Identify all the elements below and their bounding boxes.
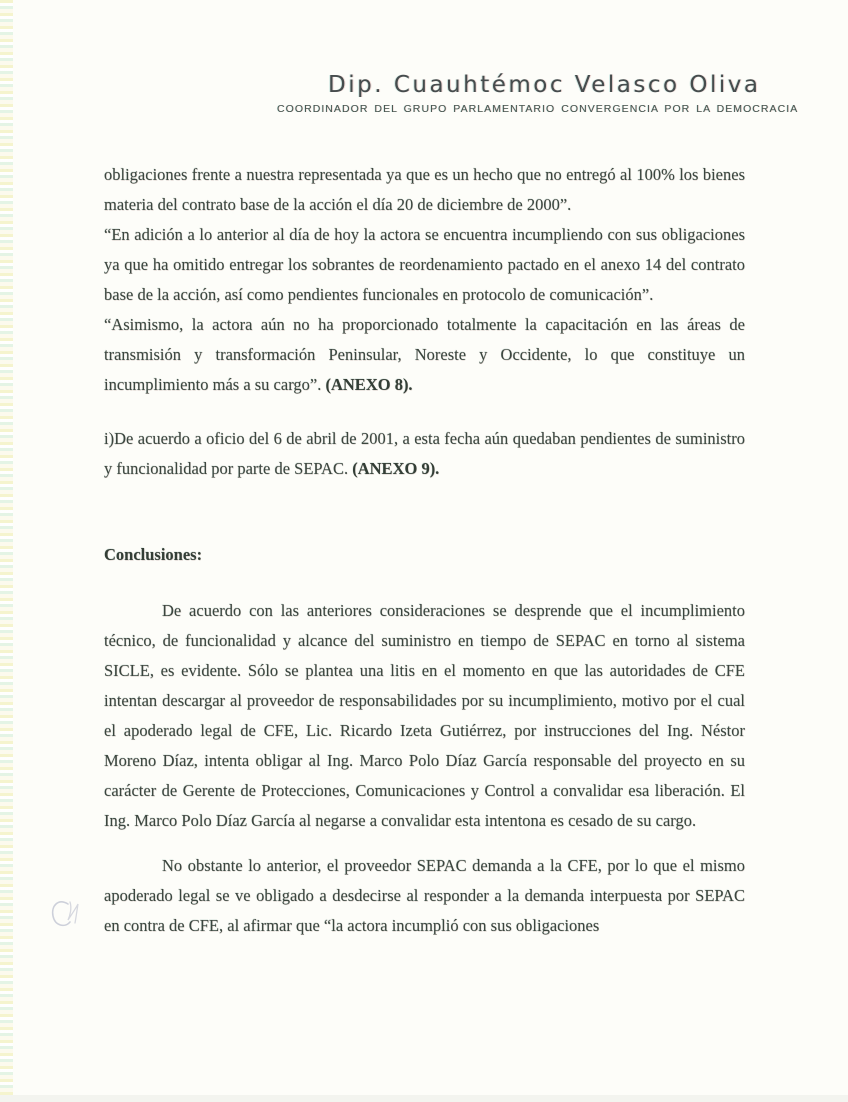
conclusions-heading: Conclusiones: — [104, 540, 745, 570]
document-body: obligaciones frente a nuestra representa… — [104, 160, 745, 941]
handwritten-mark — [48, 890, 88, 938]
paragraph-obligaciones: obligaciones frente a nuestra representa… — [104, 160, 745, 220]
paragraph-en-adicion: “En adición a lo anterior al día de hoy … — [104, 220, 745, 310]
anexo-9-reference: (ANEXO 9). — [352, 459, 439, 478]
paragraph-asimismo: “Asimismo, la actora aún no ha proporcio… — [104, 310, 745, 400]
scan-edge-artifact — [0, 0, 13, 1102]
paragraph-oficio: i)De acuerdo a oficio del 6 de abril de … — [104, 424, 745, 484]
paragraph-conclusion-2: No obstante lo anterior, el proveedor SE… — [104, 851, 745, 941]
letterhead-name: Dip. Cuauhtémoc Velasco Oliva — [328, 72, 761, 98]
paragraph-conclusion-1: De acuerdo con las anteriores considerac… — [104, 596, 745, 836]
scan-bottom-edge-artifact — [0, 1095, 848, 1102]
anexo-8-reference: (ANEXO 8). — [325, 375, 412, 394]
paragraph-asimismo-text: “Asimismo, la actora aún no ha proporcio… — [104, 315, 745, 394]
letterhead-subtitle: COORDINADOR DEL GRUPO PARLAMENTARIO CONV… — [277, 103, 798, 115]
scanned-document-page: Dip. Cuauhtémoc Velasco Oliva COORDINADO… — [0, 0, 848, 1102]
